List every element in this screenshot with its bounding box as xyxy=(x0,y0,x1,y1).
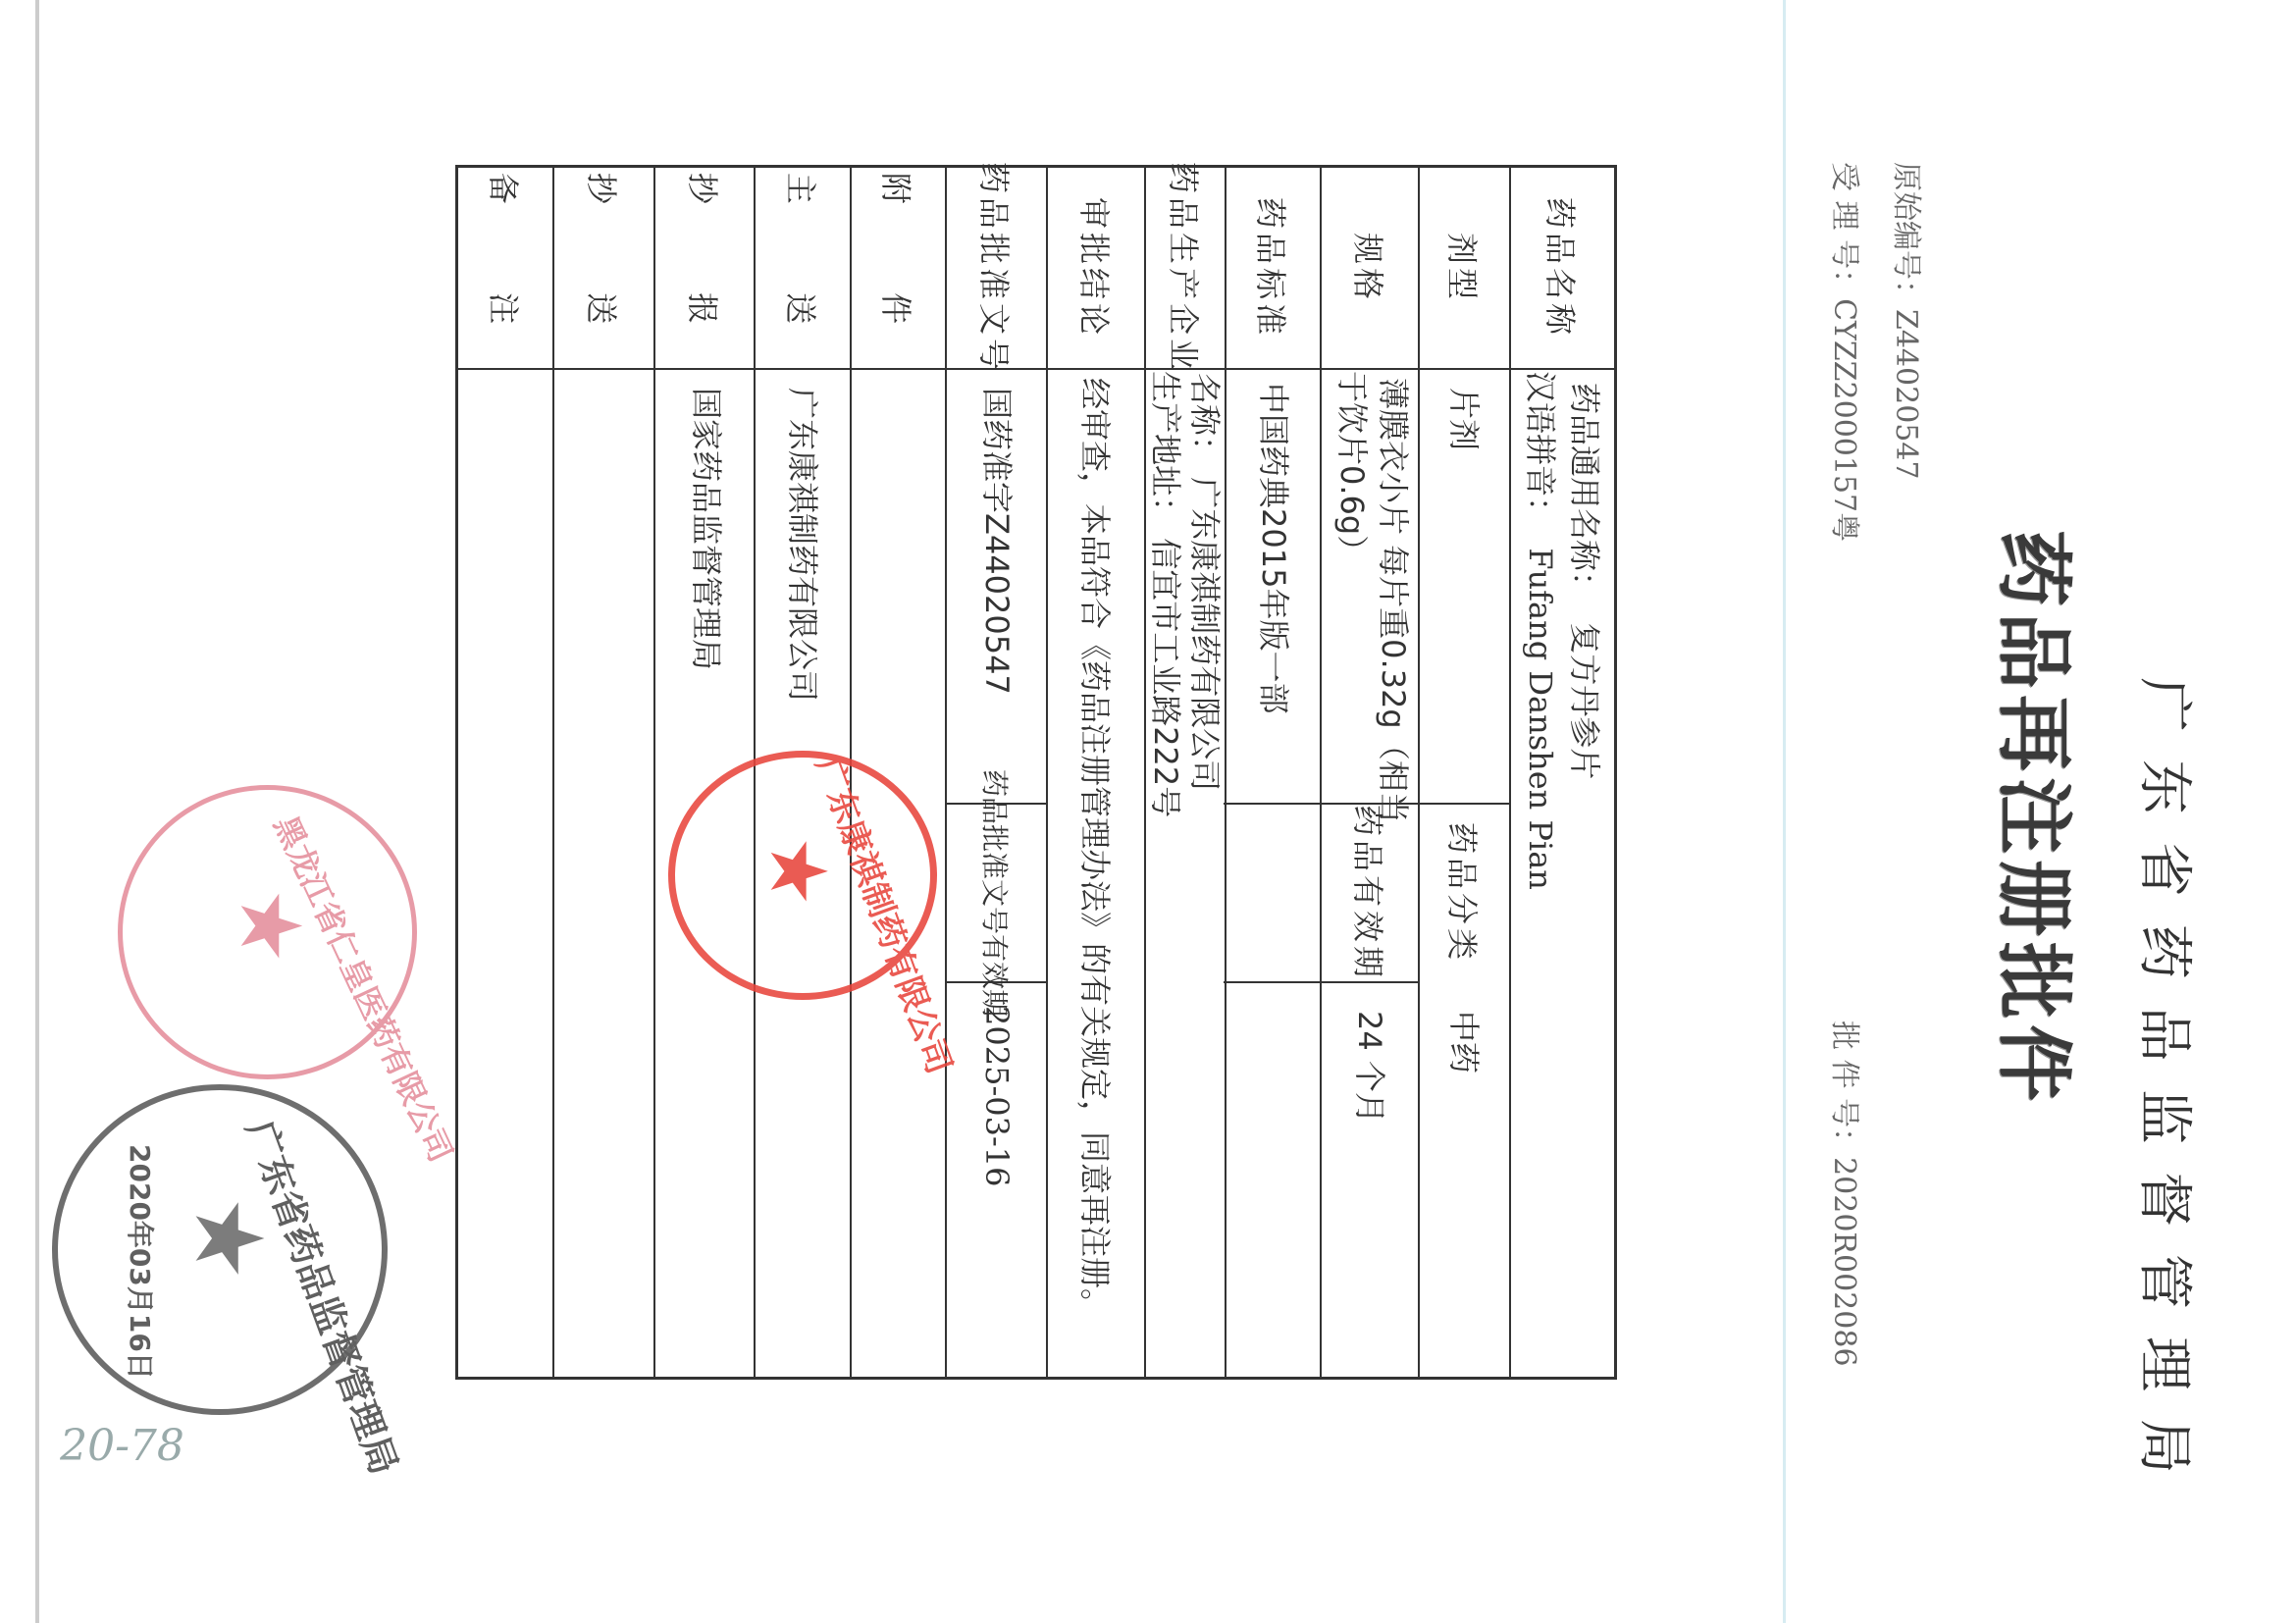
label-copy-to: 抄 送 xyxy=(554,168,653,368)
company-seal: ★ 广东康祺制药有限公司 xyxy=(668,751,937,1000)
manufacturer-name-label: 名称： xyxy=(1186,373,1224,467)
pink-seal: ★ 黑龙江省仁皇医药有限公司 xyxy=(118,785,417,1079)
label-manufacturer: 药品生产企业 xyxy=(1146,168,1225,368)
agency-seal: ★ 广东省药品监督管理局 2020年03月16日 xyxy=(52,1084,388,1415)
agency-name: 广东省药品监督管理局 xyxy=(2129,677,2208,1501)
manufacturer-address-label: 生产地址： xyxy=(1147,371,1184,528)
document-title: 药品再注册批件 xyxy=(1985,530,2095,1107)
label-category: 药品分类 xyxy=(1420,805,1509,981)
value-generic-name: 药品通用名称： 复方丹参片 xyxy=(1563,383,1606,779)
value-specification-line1: 薄膜衣小片 每片重0.32g（相当 xyxy=(1372,378,1415,823)
acceptance-number-value: CYZZ2000157粤 xyxy=(1827,298,1861,542)
value-shelf-life: 24 个月 xyxy=(1348,1011,1391,1124)
approval-number-label: 批 件 号： xyxy=(1827,1021,1861,1157)
acceptance-number-label: 受 理 号： xyxy=(1827,162,1861,298)
value-category: 中药 xyxy=(1442,1011,1486,1073)
generic-name-label: 药品通用名称： xyxy=(1566,383,1603,602)
label-specification: 规格 xyxy=(1322,168,1418,368)
generic-name: 复方丹参片 xyxy=(1566,622,1603,779)
value-dosage-form: 片剂 xyxy=(1442,388,1486,450)
manufacturer-name: 广东康祺制药有限公司 xyxy=(1186,477,1224,791)
value-conclusion: 经审查，本品符合《药品注册管理办法》的有关规定，同意再注册。 xyxy=(1073,378,1117,1320)
label-attachment: 附 件 xyxy=(852,168,945,368)
value-manufacturer-address: 生产地址： 信宜市工业路222号 xyxy=(1144,371,1187,817)
value-pinyin: 汉语拼音： Fufang Danshen Pian xyxy=(1519,371,1562,890)
company-seal-text: 广东康祺制药有限公司 xyxy=(807,750,965,1079)
manufacturer-address: 信宜市工业路222号 xyxy=(1147,538,1184,817)
label-main-recipient: 主 送 xyxy=(756,168,850,368)
star-icon: ★ xyxy=(753,836,844,907)
label-shelf-life: 药品有效期 xyxy=(1322,805,1418,981)
pinyin: Fufang Danshen Pian xyxy=(1522,548,1559,890)
approval-number: 批 件 号：2020R002086 xyxy=(1826,1021,1869,1367)
value-report-to: 国家药品监督管理局 xyxy=(685,388,728,670)
label-report-to: 抄 报 xyxy=(655,168,754,368)
label-approval-validity: 药品批准文号有效期 xyxy=(947,805,1046,981)
agency-seal-text: 广东省药品监督管理局 xyxy=(236,1112,415,1481)
value-approval-number: 国药准字Z44020547 xyxy=(975,388,1018,695)
label-dosage-form: 剂型 xyxy=(1420,168,1509,368)
scan-artifact xyxy=(1783,0,1786,1623)
label-standard: 药品标准 xyxy=(1226,168,1320,368)
approval-number-value: 2020R002086 xyxy=(1827,1157,1861,1366)
label-remarks: 备 注 xyxy=(458,168,552,368)
label-approval-number: 药品批准文号 xyxy=(947,168,1046,368)
value-specification-line2: 于饮片0.6g） xyxy=(1331,371,1374,566)
document-page: 广东省药品监督管理局 药品再注册批件 原始编号：Z44020547 受 理 号：… xyxy=(0,0,2296,1623)
original-number-value: Z44020547 xyxy=(1889,309,1923,480)
label-conclusion: 审批结论 xyxy=(1048,168,1144,368)
value-manufacturer-name: 名称： 广东康祺制药有限公司 xyxy=(1183,373,1226,791)
page-edge xyxy=(35,0,39,1623)
value-main-recipient: 广东康祺制药有限公司 xyxy=(781,388,824,702)
agency-seal-date: 2020年03月16日 xyxy=(122,1144,161,1380)
acceptance-number: 受 理 号：CYZZ2000157粤 xyxy=(1826,162,1869,542)
label-drug-name: 药品名称 xyxy=(1511,168,1614,368)
original-number: 原始编号：Z44020547 xyxy=(1888,162,1931,480)
original-number-label: 原始编号： xyxy=(1889,162,1923,309)
value-standard: 中国药典2015年版一部 xyxy=(1252,383,1295,713)
pinyin-label: 汉语拼音： xyxy=(1522,371,1559,528)
handwritten-note: 20-78 xyxy=(60,1421,184,1471)
value-approval-validity: 2025-03-16 xyxy=(975,1006,1018,1187)
